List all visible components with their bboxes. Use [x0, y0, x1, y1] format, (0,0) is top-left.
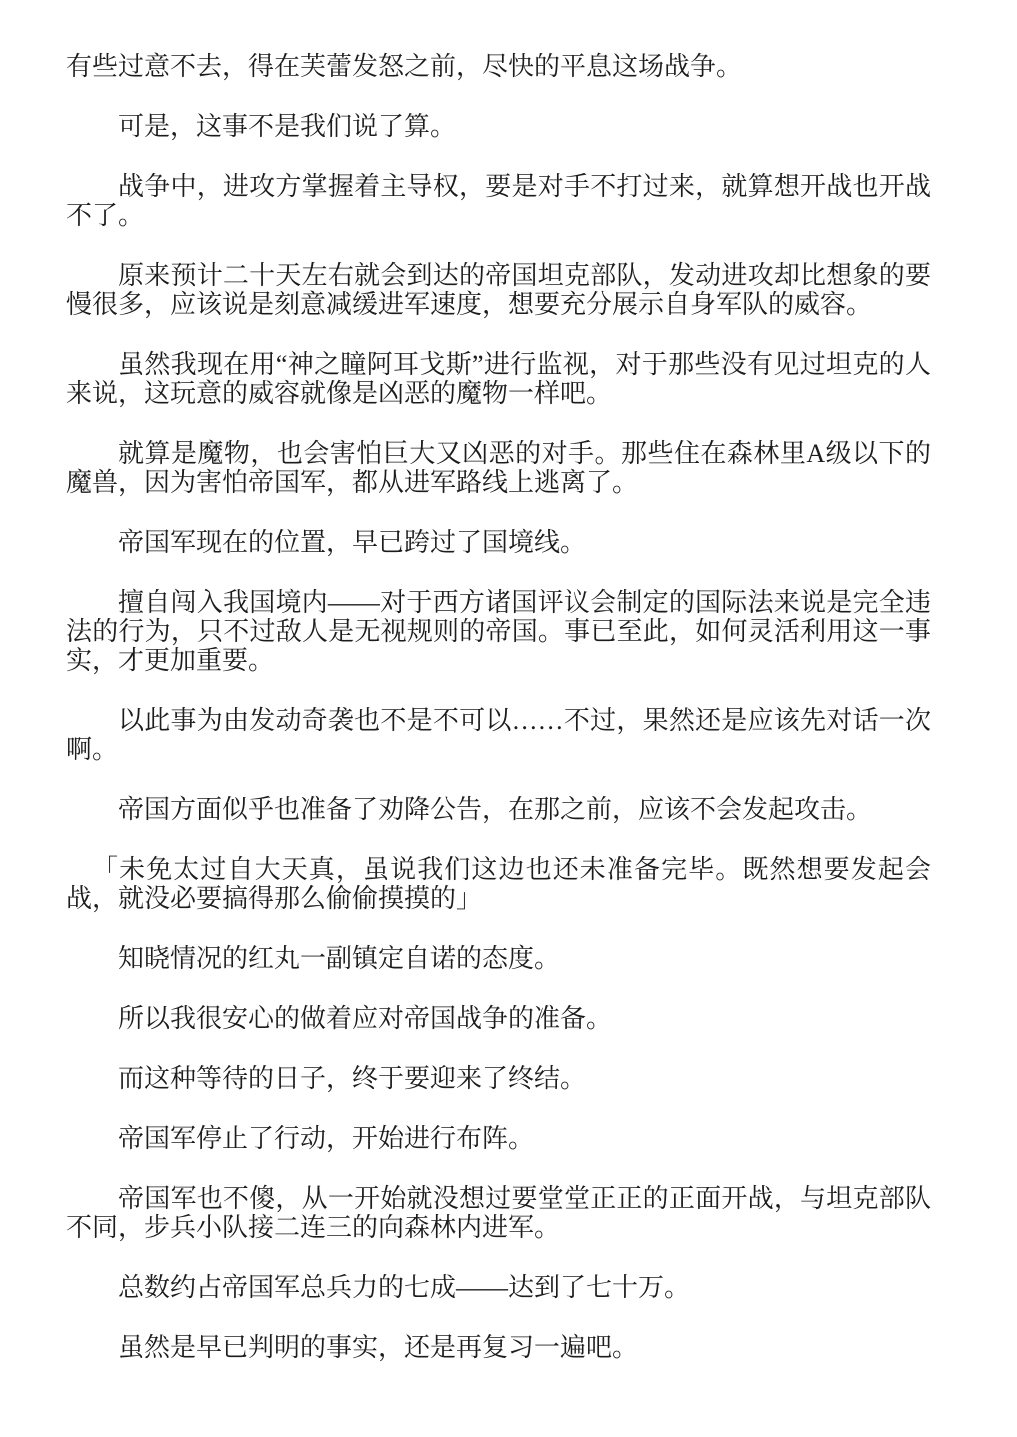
- paragraph: 而这种等待的日子，终于要迎来了终结。: [66, 1064, 931, 1093]
- paragraph: 知晓情况的红丸一副镇定自诺的态度。: [66, 944, 931, 973]
- paragraph: 总数约占帝国军总兵力的七成——达到了七十万。: [66, 1273, 931, 1302]
- paragraph: 可是，这事不是我们说了算。: [66, 112, 931, 141]
- document-page: 有些过意不去，得在芙蕾发怒之前，尽快的平息这场战争。可是，这事不是我们说了算。战…: [0, 0, 1017, 1437]
- paragraph: 帝国方面似乎也准备了劝降公告，在那之前，应该不会发起攻击。: [66, 795, 931, 824]
- novel-text-content: 有些过意不去，得在芙蕾发怒之前，尽快的平息这场战争。可是，这事不是我们说了算。战…: [66, 52, 931, 1362]
- paragraph: 帝国军也不傻，从一开始就没想过要堂堂正正的正面开战，与坦克部队不同，步兵小队接二…: [66, 1184, 931, 1242]
- paragraph: 原来预计二十天左右就会到达的帝国坦克部队，发动进攻却比想象的要慢很多，应该说是刻…: [66, 261, 931, 319]
- paragraph: 「未免太过自大天真，虽说我们这边也还未准备完毕。既然想要发起会战，就没必要搞得那…: [66, 855, 931, 913]
- paragraph: 帝国军现在的位置，早已跨过了国境线。: [66, 528, 931, 557]
- paragraph: 就算是魔物，也会害怕巨大又凶恶的对手。那些住在森林里A级以下的魔兽，因为害怕帝国…: [66, 439, 931, 497]
- paragraph: 所以我很安心的做着应对帝国战争的准备。: [66, 1004, 931, 1033]
- paragraph: 帝国军停止了行动，开始进行布阵。: [66, 1124, 931, 1153]
- paragraph: 擅自闯入我国境内——对于西方诸国评议会制定的国际法来说是完全违法的行为，只不过敌…: [66, 588, 931, 675]
- paragraph: 虽然是早已判明的事实，还是再复习一遍吧。: [66, 1333, 931, 1362]
- paragraph: 以此事为由发动奇袭也不是不可以……不过，果然还是应该先对话一次啊。: [66, 706, 931, 764]
- paragraph: 虽然我现在用“神之瞳阿耳戈斯”进行监视，对于那些没有见过坦克的人来说，这玩意的威…: [66, 350, 931, 408]
- paragraph: 战争中，进攻方掌握着主导权，要是对手不打过来，就算想开战也开战不了。: [66, 172, 931, 230]
- paragraph: 有些过意不去，得在芙蕾发怒之前，尽快的平息这场战争。: [66, 52, 931, 81]
